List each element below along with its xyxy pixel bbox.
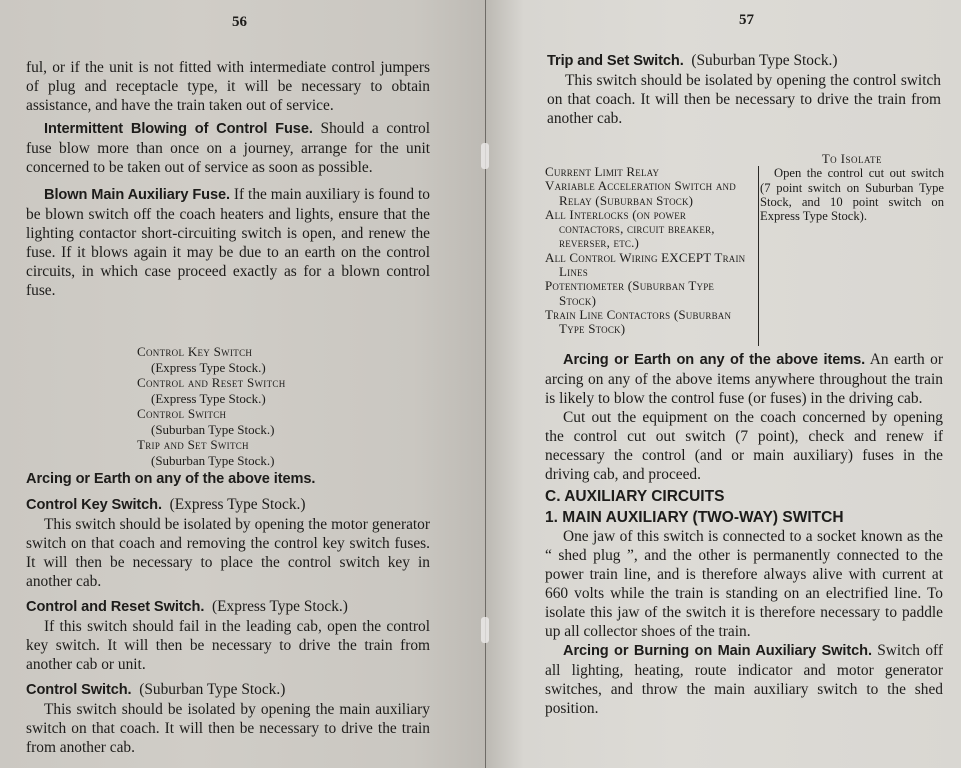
section-paragraph: This switch should be isolated by openin… bbox=[547, 71, 941, 128]
blown-main-paragraph: Blown Main Auxiliary Fuse. If the main a… bbox=[26, 185, 430, 300]
section-heading-line: Control and Reset Switch. (Express Type … bbox=[26, 597, 430, 617]
book-gutter bbox=[485, 0, 486, 768]
arcing-paragraph: Arcing or Earth on any of the above item… bbox=[545, 350, 943, 408]
section-heading-line: Trip and Set Switch. (Suburban Type Stoc… bbox=[547, 51, 941, 71]
switch-list: Control Key Switch (Express Type Stock.)… bbox=[137, 344, 286, 468]
trip-set-section: Trip and Set Switch. (Suburban Type Stoc… bbox=[547, 51, 941, 128]
section-paragraph: If this switch should fail in the leadin… bbox=[26, 617, 430, 674]
blown-main-heading: Blown Main Auxiliary Fuse. bbox=[44, 187, 230, 203]
burning-heading: Arcing or Burning on Main Auxiliary Swit… bbox=[563, 643, 872, 659]
intro-paragraph: ful, or if the unit is not fitted with i… bbox=[26, 58, 430, 115]
list-item: Train Line Contactors (Suburban Type Sto… bbox=[545, 308, 750, 337]
page-number: 56 bbox=[232, 14, 247, 31]
staple-icon bbox=[481, 617, 489, 643]
isolate-text: Open the control cut out switch (7 point… bbox=[760, 166, 944, 223]
list-item: Current Limit Relay bbox=[545, 165, 750, 179]
isolate-items-list: Current Limit Relay Variable Acceleratio… bbox=[545, 165, 750, 337]
subsection-1-heading: 1. MAIN AUXILIARY (TWO-WAY) SWITCH bbox=[545, 508, 943, 527]
left-page: 56 ful, or if the unit is not fitted wit… bbox=[0, 0, 486, 768]
page-number: 57 bbox=[739, 12, 754, 29]
section-heading-line: Control Switch. (Suburban Type Stock.) bbox=[26, 680, 430, 700]
intermittent-paragraph: Intermittent Blowing of Control Fuse. Sh… bbox=[26, 119, 430, 177]
staple-icon bbox=[481, 143, 489, 169]
arcing-heading: Arcing or Earth on any of the above item… bbox=[26, 470, 430, 489]
main-aux-paragraph: One jaw of this switch is connected to a… bbox=[545, 527, 943, 641]
left-page-sections: Arcing or Earth on any of the above item… bbox=[26, 470, 430, 757]
section-c-heading: C. AUXILIARY CIRCUITS bbox=[545, 487, 943, 506]
list-item: Control Switch bbox=[137, 406, 286, 422]
section-heading-line: Control Key Switch. (Express Type Stock.… bbox=[26, 495, 430, 515]
isolate-note: To Isolate Open the control cut out swit… bbox=[760, 152, 944, 223]
intermittent-heading: Intermittent Blowing of Control Fuse. bbox=[44, 121, 313, 137]
list-item: Control Key Switch bbox=[137, 344, 286, 360]
burning-paragraph: Arcing or Burning on Main Auxiliary Swit… bbox=[545, 641, 943, 718]
list-item: Variable Acceleration Switch and Relay (… bbox=[545, 179, 750, 208]
brace-bracket bbox=[750, 166, 759, 346]
list-item: Potentiometer (Suburban Type Stock) bbox=[545, 279, 750, 308]
list-item: Trip and Set Switch bbox=[137, 437, 286, 453]
arcing-heading: Arcing or Earth on any of the above item… bbox=[563, 352, 865, 368]
list-item: All Control Wiring EXCEPT Train Lines bbox=[545, 251, 750, 280]
left-page-body: ful, or if the unit is not fitted with i… bbox=[26, 58, 430, 300]
section-paragraph: This switch should be isolated by openin… bbox=[26, 700, 430, 757]
right-page-body: Arcing or Earth on any of the above item… bbox=[545, 350, 943, 718]
isolate-title: To Isolate bbox=[760, 152, 944, 166]
section-paragraph: This switch should be isolated by openin… bbox=[26, 515, 430, 591]
list-item: Control and Reset Switch bbox=[137, 375, 286, 391]
list-item: All Interlocks (on power contactors, cir… bbox=[545, 208, 750, 251]
cut-out-paragraph: Cut out the equipment on the coach conce… bbox=[545, 408, 943, 484]
